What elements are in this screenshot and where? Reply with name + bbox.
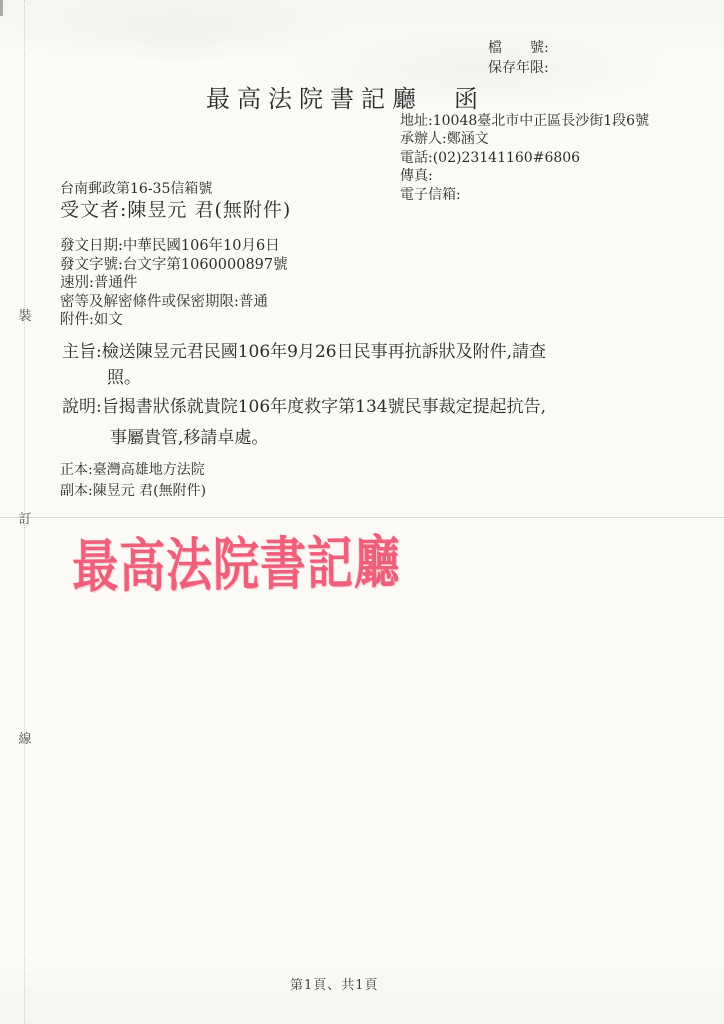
archive-file-number-label: 檔 號: — [488, 40, 549, 58]
binding-margin-char-ding: 訂 — [15, 508, 35, 527]
contact-phone: 電話:(02)23141160#6806 — [400, 149, 649, 167]
recipient-po-box: 台南郵政第16-35信箱號 — [60, 181, 212, 199]
contact-address: 地址:10048臺北市中正區長沙街1段6號 — [400, 112, 649, 130]
contact-block: 地址:10048臺北市中正區長沙街1段6號 承辦人:鄭涵文 電話:(02)231… — [400, 112, 649, 204]
meta-issue-date: 發文日期:中華民國106年10月6日 — [60, 237, 288, 256]
binding-margin-char-zhuang: 裝 — [15, 305, 35, 324]
document-title: 最高法院書記廳 函 — [206, 84, 485, 114]
subject-line-1: 主旨:檢送陳昱元君民國106年9月26日民事再抗訴狀及附件,請查 — [62, 342, 546, 363]
meta-security: 密等及解密條件或保密期限:普通 — [60, 293, 288, 312]
copy-original: 正本:臺灣高雄地方法院 — [60, 460, 206, 481]
document-meta-block: 發文日期:中華民國106年10月6日 發文字號:台文字第1060000897號 … — [60, 237, 288, 330]
explanation-line-2: 事屬貴管,移請卓處。 — [110, 428, 268, 449]
binding-margin-char-xian: 線 — [15, 728, 35, 747]
contact-fax: 傳真: — [400, 167, 649, 185]
copy-duplicate: 副本:陳昱元 君(無附件) — [60, 481, 206, 502]
copies-block: 正本:臺灣高雄地方法院 副本:陳昱元 君(無附件) — [60, 460, 206, 502]
scan-edge-mark — [0, 0, 3, 16]
subject-line-2: 照。 — [107, 368, 141, 389]
archive-retention-label: 保存年限: — [488, 60, 549, 78]
explanation-line-1: 說明:旨揭書狀係就貴院106年度救字第134號民事裁定提起抗告, — [62, 397, 546, 418]
meta-attachment: 附件:如文 — [60, 311, 288, 330]
contact-email: 電子信箱: — [400, 186, 649, 204]
scanned-official-letter: 裝 訂 線 檔 號: 保存年限: 最高法院書記廳 函 地址:10048臺北市中正… — [0, 0, 724, 1024]
contact-handler: 承辦人:鄭涵文 — [400, 130, 649, 148]
official-stamp: 最高法院書記廳 — [72, 516, 401, 604]
meta-priority: 速別:普通件 — [60, 274, 288, 293]
recipient-addressee: 受文者:陳昱元 君(無附件) — [60, 199, 291, 223]
meta-doc-number: 發文字號:台文字第1060000897號 — [60, 256, 288, 275]
page-number-footer: 第1頁、共1頁 — [290, 978, 379, 994]
